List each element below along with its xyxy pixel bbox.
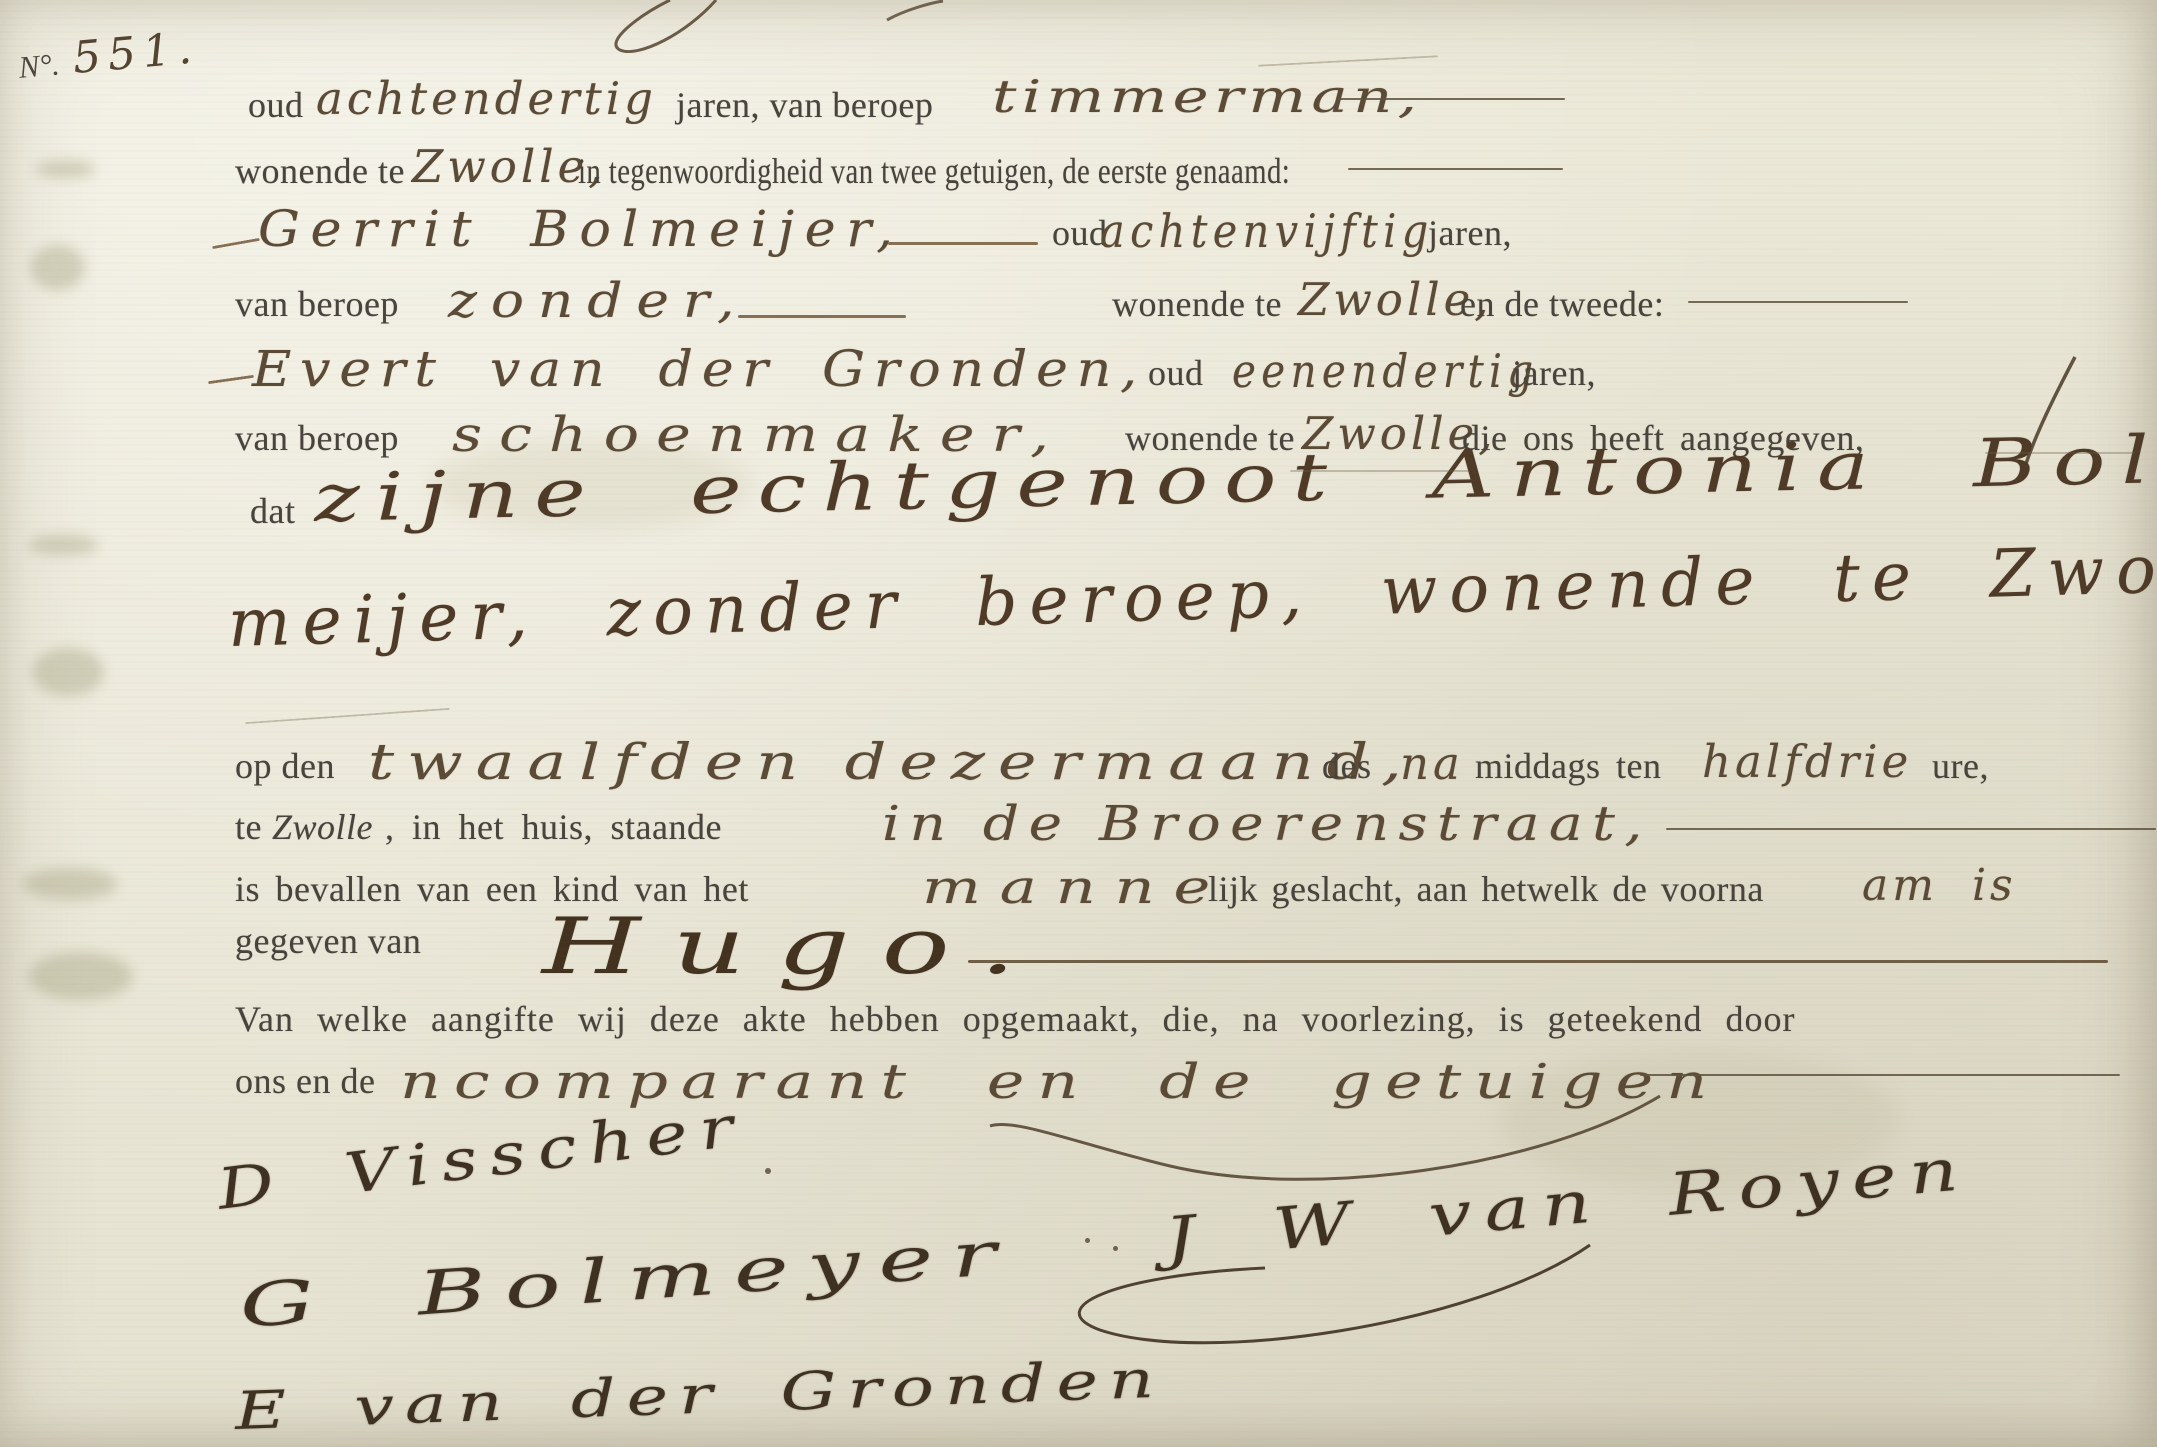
signature-witness2: E van der Gronden [234, 1350, 1166, 1442]
printed-text: op den [235, 745, 335, 787]
printed-text: ure, [1932, 745, 1989, 787]
bleed-through-mark [22, 868, 117, 900]
act-number-value: 551. [71, 22, 201, 84]
bleed-through-mark [28, 952, 133, 1000]
pen-stroke [208, 375, 254, 384]
printed-text: wonende te [235, 150, 405, 192]
ruled-line [1666, 828, 2156, 830]
hand-birth-date: twaalfden dezermaand, [368, 733, 1415, 791]
act-number-label: N°. [17, 46, 61, 84]
hand-daypart: na [1400, 737, 1464, 790]
hand-birth-time: halfdrie [1702, 735, 1912, 788]
printed-text: in tegenwoordigheid van twee getuigen, d… [578, 150, 1290, 192]
printed-text: oud [248, 84, 304, 126]
bleed-through-mark [35, 160, 95, 178]
printed-text: ons en de [235, 1060, 375, 1102]
ink-flourish [608, 0, 723, 60]
printed-text: jaren, van beroep [676, 84, 933, 126]
printed-text: middags ten [1475, 745, 1661, 787]
printed-text: jaren, [1428, 212, 1512, 254]
ruled-line [1338, 98, 1565, 100]
hand-witness1-age: achtenvijftig [1100, 204, 1434, 258]
printed-text: dat [250, 490, 295, 532]
signature-witness1: G Bolmeyer [238, 1218, 1017, 1342]
ruled-line [1688, 301, 1908, 303]
printed-text: te [235, 806, 262, 848]
hand-witness2-name: Evert van der Gronden, [252, 340, 1146, 398]
bleed-through-mark [28, 535, 98, 555]
printed-text: van beroep [235, 283, 399, 325]
signature-flourish [1055, 1230, 1595, 1360]
printed-text: gegeven van [235, 920, 421, 962]
ruled-line [1348, 168, 1563, 170]
printed-text: wonende te [1112, 283, 1282, 325]
hand-name-suffix: am is [1862, 860, 2017, 911]
hand-child-name: Hugo. [542, 902, 1047, 992]
ruled-line [968, 960, 2108, 963]
act-number: N°.551. [16, 22, 201, 89]
hand-birth-address: in de Broerenstraat, [882, 796, 1652, 852]
ruled-line [738, 315, 906, 318]
hand-witness1-profession: zonder, [448, 273, 748, 329]
printed-text: Van welke aangifte wij deze akte hebben … [235, 998, 1796, 1040]
bleed-through-mark [32, 648, 104, 696]
ruled-line [888, 242, 1038, 245]
signature-father: D Visscher [214, 1094, 749, 1223]
ink-flourish [885, 0, 945, 22]
ink-flourish [1985, 452, 2135, 454]
printed-text: en de tweede: [1460, 283, 1664, 325]
hand-witness1-name: Gerrit Bolmeijer, [258, 200, 903, 258]
printed-text: lijk geslacht, aan hetwelk de voorna [1208, 868, 1764, 910]
printed-text: , in het huis, staande [385, 806, 722, 848]
hand-mother-clause-cont: meijer, zonder beroep, wonende te Zwolle… [227, 527, 2157, 662]
printed-text: van beroep [235, 417, 399, 459]
printed-text: des [1322, 745, 1372, 787]
printed-place-name: Zwolle [272, 806, 373, 848]
document-page: N°.551. oud achtendertig jaren, van bero… [0, 0, 2157, 1447]
printed-text: oud [1148, 352, 1204, 394]
hand-father-age: achtendertig [316, 72, 657, 125]
hand-witness2-age: eenendertig [1232, 344, 1538, 398]
ink-flourish [1290, 470, 1470, 472]
ink-flourish [1258, 55, 1438, 66]
pen-stroke [212, 238, 260, 249]
hand-father-profession: timmerman, [992, 70, 1422, 123]
ink-dot [765, 1168, 771, 1174]
bleed-through-mark [30, 245, 85, 290]
printed-text: jaren, [1512, 352, 1596, 394]
ruled-line [1640, 1074, 2120, 1076]
ink-flourish [245, 708, 450, 724]
